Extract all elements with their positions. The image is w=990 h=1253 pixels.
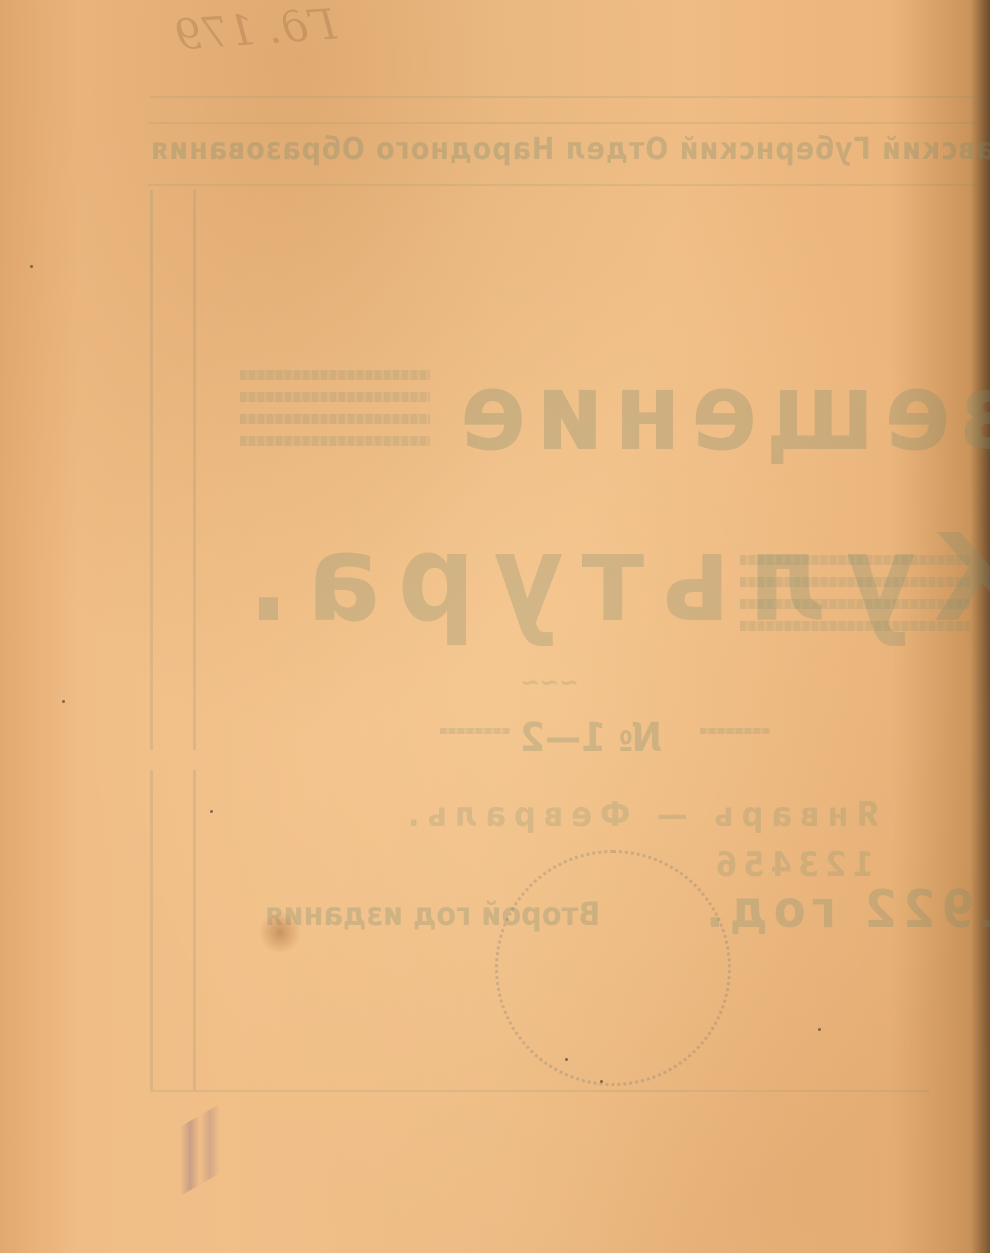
publisher-header: Ярославский Губернский Отдел Народного О…: [150, 132, 990, 167]
bottom-border-line: [150, 1090, 930, 1092]
decor-line: [740, 621, 970, 631]
left-border-frame: [150, 190, 196, 750]
decor-line: [240, 392, 430, 402]
speck: [210, 810, 213, 813]
decor-line: [740, 555, 970, 565]
issue-year: 1922 год.: [700, 880, 990, 940]
speck: [818, 1028, 821, 1031]
decor-line: [740, 599, 970, 609]
issue-digits: 123456: [710, 845, 874, 885]
title-prosveshchenie: Просвещение: [450, 350, 990, 475]
document-page: Гд. 179 Ярославский Губернский Отдел Нар…: [0, 0, 990, 1253]
decor-line: [740, 577, 970, 587]
handwritten-note: Гд. 179: [173, 0, 337, 60]
left-border-frame-lower: [150, 770, 196, 1090]
decor-line: [240, 414, 430, 424]
speck: [30, 265, 33, 268]
paper-stain: [260, 910, 300, 955]
issue-dash-right: [700, 728, 770, 734]
decor-line: [240, 436, 430, 446]
speck: [600, 1080, 603, 1083]
decor-line: [240, 370, 430, 380]
ornament: ~~~: [520, 668, 579, 698]
issue-months: Январь — Февраль.: [400, 795, 880, 835]
issue-number: № 1—2: [520, 715, 662, 761]
speck: [565, 1058, 568, 1061]
top-border-line: [150, 96, 980, 98]
speck: [62, 700, 65, 703]
circular-stamp: [495, 850, 731, 1086]
pencil-mark: [150, 1104, 249, 1196]
issue-dash-left: [440, 728, 510, 734]
